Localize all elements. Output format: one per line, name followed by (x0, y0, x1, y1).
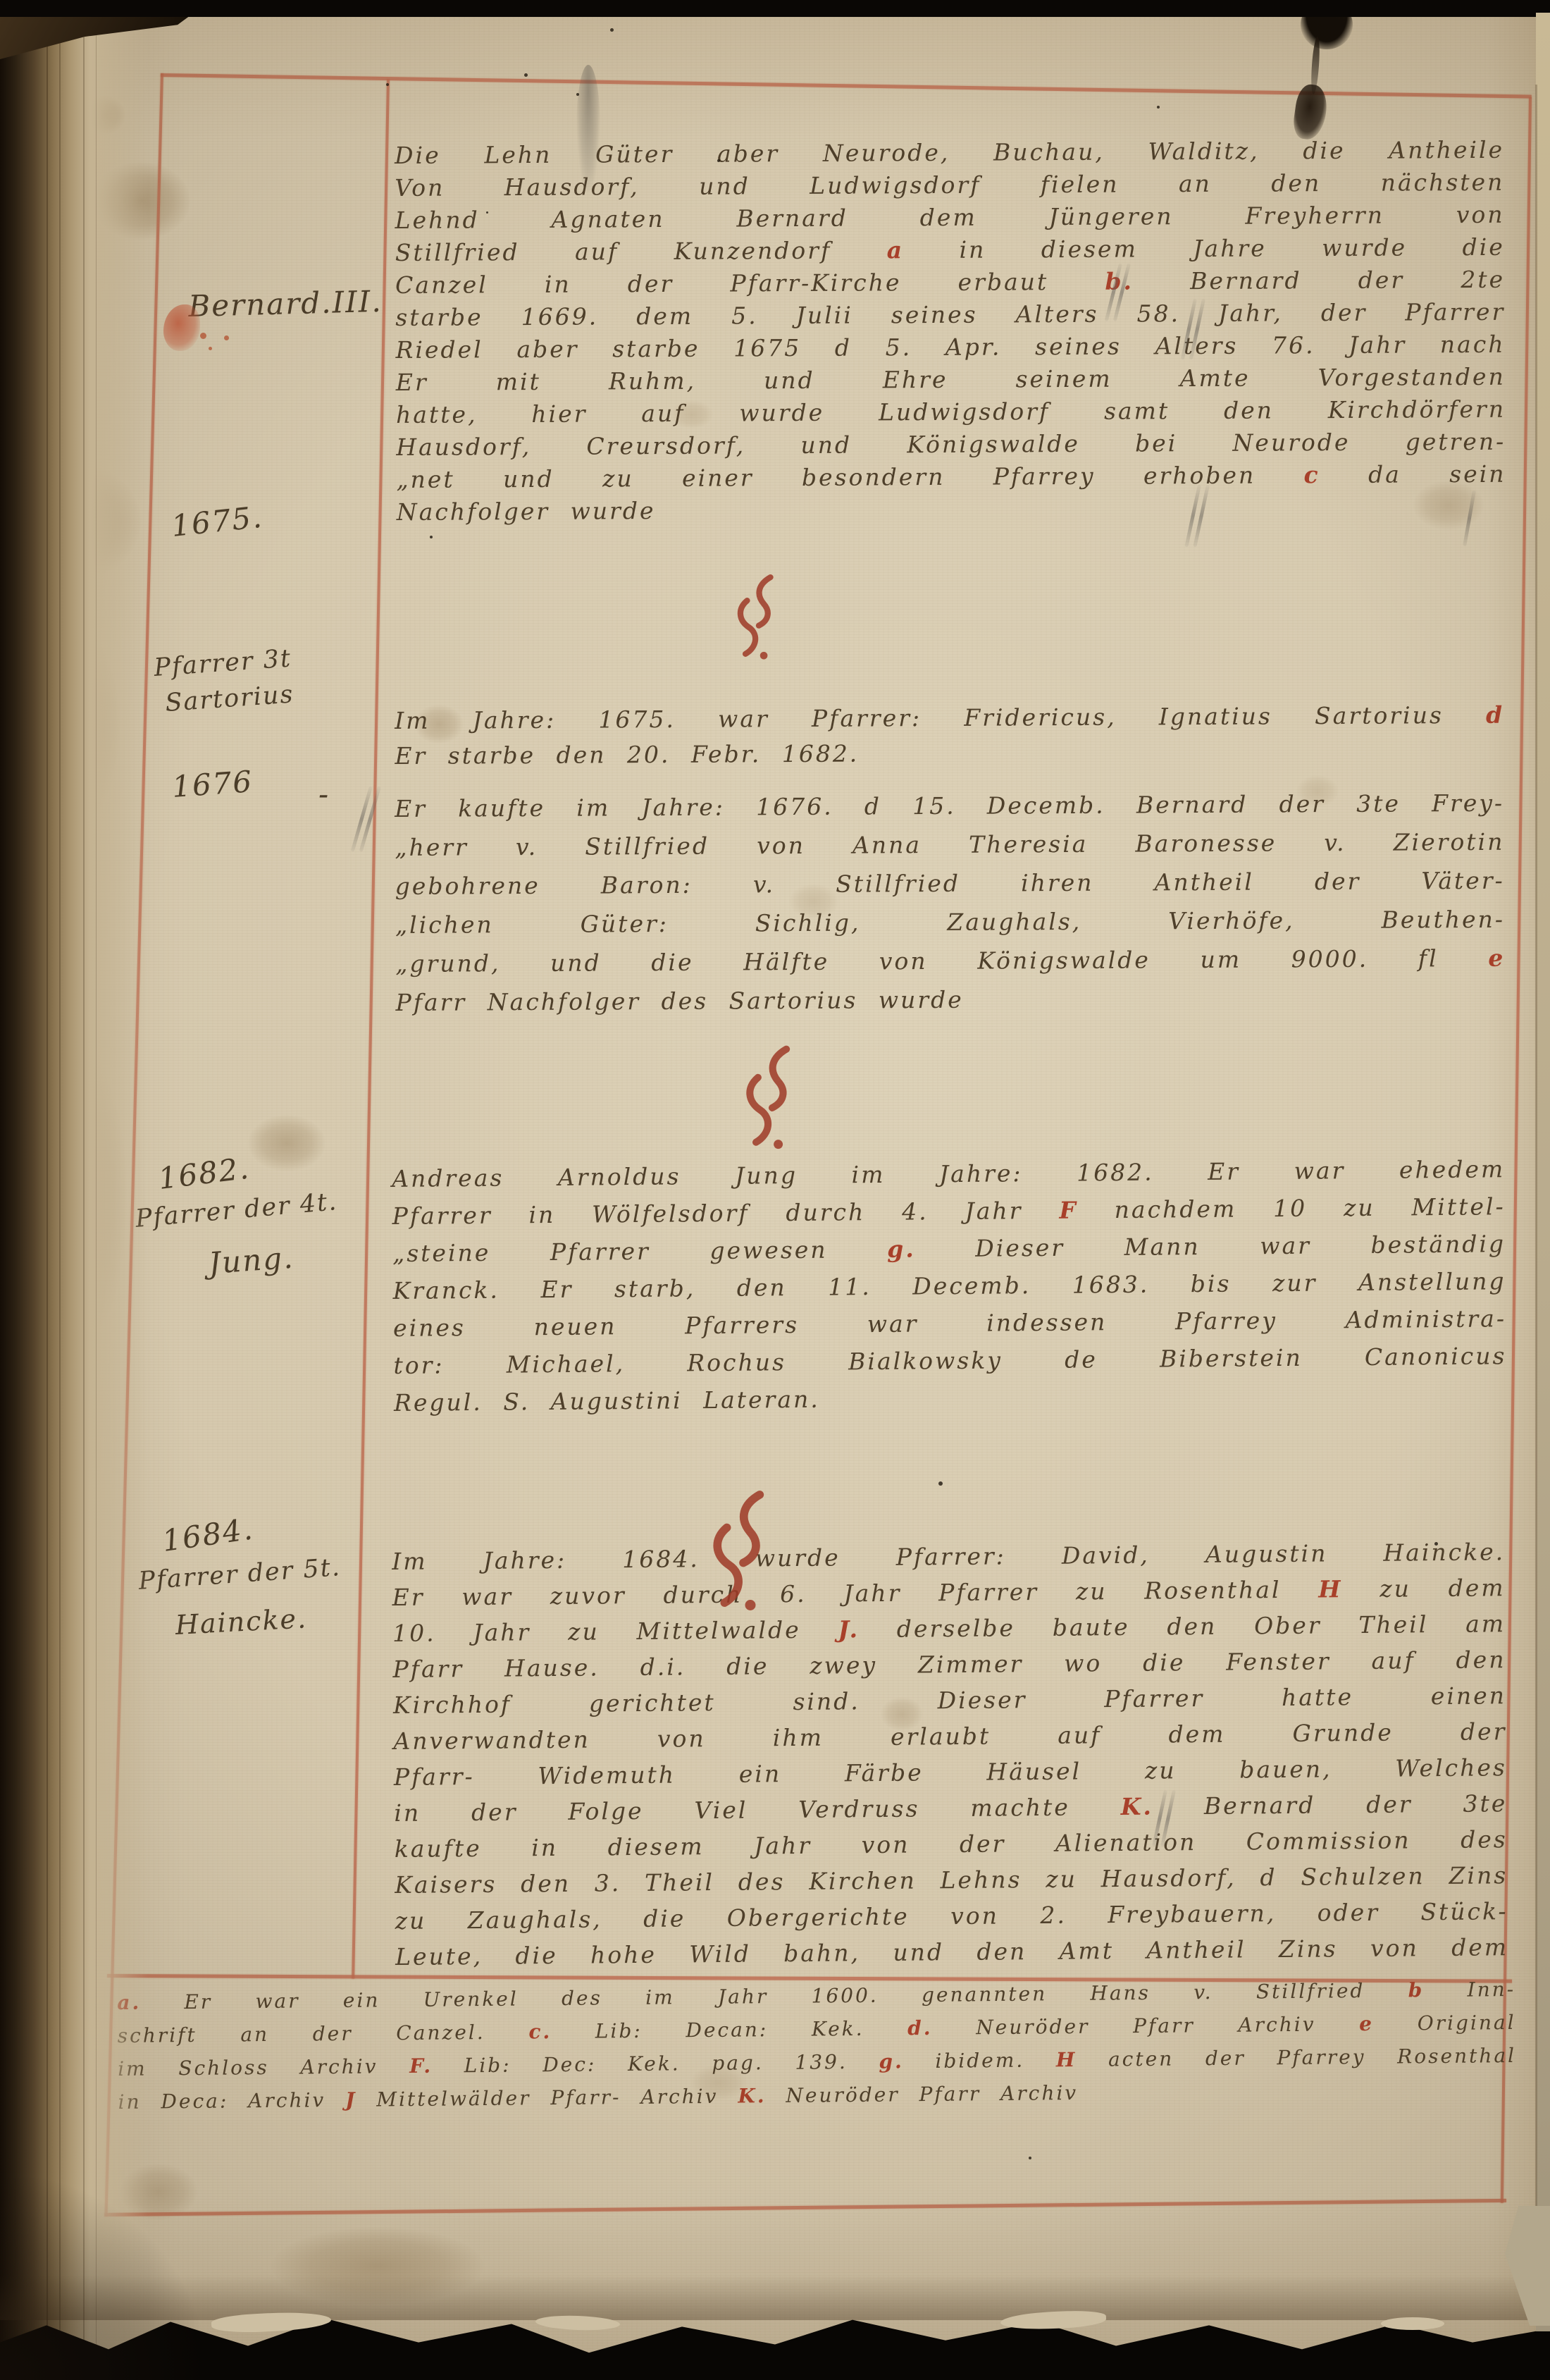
text-segment: eines neuen Pfarrers war indessen Pfarre… (393, 1305, 1506, 1342)
text-segment: nachdem 10 zu Mittel- (1078, 1192, 1506, 1223)
text-segment: Kirchhof gerichtet sind. Dieser Pfarrer … (393, 1682, 1506, 1719)
manuscript-line: Er mit Ruhm, und Ehre seinem Amte Vorges… (396, 361, 1506, 399)
red-ink-dot (224, 335, 229, 340)
paragraph-haincke-entry: Im Jahre: 1684. wurde Pfarrer: David, Au… (392, 1534, 1508, 1975)
paper-stain (14, 620, 120, 832)
text-segment: in der Folge Viel Verdruss machte (394, 1793, 1121, 1827)
rubric-reference-letter: J. (838, 1615, 860, 1643)
manuscript-line: „lichen Güter: Sichlig, Zaughals, Vierhö… (395, 900, 1505, 944)
manuscript-line: „herr v. Stillfried von Anna Theresia Ba… (395, 822, 1504, 867)
text-segment: Lib: Decan: Kek. (552, 2016, 907, 2043)
ink-speck (430, 536, 433, 538)
text-segment: Im Jahre: 1684. wurde Pfarrer: David, Au… (392, 1538, 1505, 1575)
text-segment: Im Jahre: 1675. war Pfarrer: Fridericus,… (395, 701, 1486, 734)
text-segment: Stillfried auf Kunzendorf (395, 236, 887, 266)
manuscript-line: Riedel aber starbe 1675 d 5. Apr. seines… (395, 328, 1505, 366)
manuscript-line: Im Jahre: 1675. war Pfarrer: Fridericus,… (395, 698, 1504, 739)
rubric-reference-letter: d. (907, 2016, 933, 2040)
text-segment: gebohrene Baron: v. Stillfried ihren Ant… (395, 867, 1505, 900)
text-segment: Lehnd Agnaten Bernard dem Jüngeren Freyh… (395, 201, 1504, 234)
manuscript-line: starbe 1669. dem 5. Julii seines Alters … (395, 296, 1505, 334)
text-segment: Er mit Ruhm, und Ehre seinem Amte Vorges… (396, 363, 1506, 396)
ink-speck (938, 1481, 943, 1486)
text-segment: da sein (1320, 460, 1506, 488)
torn-paper-chip (535, 2314, 621, 2331)
text-segment: Kaisers den 3. Theil des Kirchen Lehns z… (395, 1861, 1508, 1899)
right-edge-crease (1535, 85, 1537, 2305)
outer-left-rule-a (29, 0, 70, 2326)
text-segment: in diesem Jahre wurde die (904, 233, 1505, 264)
rubric-reference-letter: c (1304, 461, 1320, 488)
text-segment: Anverwandten von ihm erlaubt auf dem Gru… (393, 1718, 1506, 1755)
rubric-reference-letter: H (1056, 2048, 1077, 2071)
book-photo-background: Bernard.III.1675.Pfarrer 3tSartorius1676… (0, 0, 1550, 2380)
text-segment: Riedel aber starbe 1675 d 5. Apr. seines… (395, 331, 1505, 364)
text-segment: Dieser Mann war beständig (916, 1230, 1506, 1262)
rubric-reference-letter: c. (528, 2020, 552, 2043)
text-segment: Bernard der 3te (1153, 1789, 1508, 1820)
bottom-binding-band (0, 2312, 1550, 2380)
ink-drip-tail (1310, 37, 1321, 94)
text-segment: acten der Pfarrey Rosenthal (1077, 2044, 1516, 2071)
section-mark-icon (729, 572, 788, 664)
margin-label-year-1675: 1675. (170, 500, 265, 543)
rubric-reference-letter: K. (1121, 1793, 1154, 1820)
text-segment: Canzel in der Pfarr-Kirche erbaut (395, 268, 1105, 299)
margin-label-pfarrer-5: Pfarrer der 5t. (137, 1553, 342, 1596)
manuscript-line: Er kaufte im Jahre: 1676. d 15. Decemb. … (395, 784, 1504, 828)
text-segment: Pfarr- Widemuth ein Färbe Häusel zu baue… (394, 1753, 1507, 1791)
outer-left-rule-b (44, 0, 77, 2326)
text-segment: Er war zuvor durch 6. Jahr Pfarrer zu Ro… (392, 1576, 1318, 1611)
text-segment: „herr v. Stillfried von Anna Theresia Ba… (395, 828, 1504, 861)
text-segment: Neuröder Pfarr Archiv (766, 2081, 1078, 2107)
rubric-reference-letter: g. (879, 2049, 904, 2073)
manuscript-line: Nachfolger wurde (397, 491, 1506, 529)
frame-left-rule (104, 73, 163, 2216)
ink-speck (610, 28, 614, 32)
frame-bottom-rule (104, 2199, 1506, 2216)
paper-stain (92, 162, 190, 240)
text-segment: „lichen Güter: Sichlig, Zaughals, Vierhö… (395, 906, 1505, 939)
paragraph-jung-entry: Andreas Arnoldus Jung im Jahre: 1682. Er… (392, 1150, 1507, 1422)
text-segment: Pfarrer in Wölfelsdorf durch 4. Jahr (392, 1197, 1060, 1230)
manuscript-line: Pfarr Nachfolger des Sartorius wurde (395, 978, 1505, 1022)
text-segment: in Deca: Archiv (118, 2088, 345, 2114)
paper-stain (120, 2164, 197, 2220)
rubric-reference-letter: F (1059, 1197, 1078, 1224)
text-segment: „steine Pfarrer gewesen (392, 1235, 887, 1267)
margin-label-bernard-iii: Bernard.III. (188, 284, 383, 323)
rubric-reference-letter: H (1318, 1575, 1343, 1603)
rubric-reference-letter: J (345, 2088, 357, 2111)
margin-label-dash-1676: - (318, 777, 330, 811)
margin-label-year-1676: 1676 (171, 764, 254, 804)
ink-drip (1291, 82, 1329, 141)
manuscript-line: „net und zu einer besondern Pfarrey erho… (396, 458, 1506, 496)
manuscript-line: Er starbe den 20. Febr. 1682. (395, 733, 1504, 774)
text-segment: Die Lehn Güter aber Neurode, Buchau, Wal… (395, 136, 1504, 169)
text-segment: Original (1374, 2011, 1516, 2035)
section-mark-icon (738, 1043, 806, 1154)
text-segment: Bernard der 2te (1134, 266, 1505, 295)
manuscript-line: Hausdorf, Creursdorf, und Königswalde be… (396, 426, 1506, 464)
margin-separator-rule (352, 79, 390, 1979)
text-segment: Von Hausdorf, und Ludwigsdorf fielen an … (395, 168, 1504, 202)
paper-stain (21, 465, 141, 578)
manuscript-line: Von Hausdorf, und Ludwigsdorf fielen an … (395, 166, 1504, 204)
text-segment: Andreas Arnoldus Jung im Jahre: 1682. Er… (392, 1155, 1505, 1192)
text-segment: ibidem. (904, 2048, 1056, 2073)
text-segment: im Schloss Archiv (118, 2054, 409, 2080)
text-segment: Pfarr Hause. d.i. die zwey Zimmer wo die… (392, 1646, 1506, 1683)
text-segment: schrift an der Canzel. (118, 2020, 529, 2047)
paper-stain (83, 96, 125, 135)
paper-stain (248, 1115, 325, 1171)
page-edge-line (46, 0, 48, 2380)
text-segment: Inn- (1424, 1978, 1515, 2002)
ink-speck (386, 83, 389, 86)
manuscript-line: hatte, hier auf wurde Ludwigsdorf samt d… (396, 393, 1506, 431)
text-segment: zu Zaughals, die Obergerichte von 2. Fre… (395, 1897, 1508, 1935)
margin-label-haincke: Haincke. (175, 1603, 308, 1641)
page-edge-line (83, 0, 85, 2380)
text-segment: Kranck. Er starb, den 11. Decemb. 1683. … (392, 1267, 1506, 1305)
text-segment: Nachfolger wurde (397, 497, 656, 526)
section-mark-icon (729, 572, 788, 664)
paper-stain (42, 1057, 127, 1339)
text-segment: Mittelwälder Pfarr- Archiv (356, 2085, 738, 2111)
ink-speck (1029, 2157, 1031, 2159)
manuscript-line: gebohrene Baron: v. Stillfried ihren Ant… (395, 861, 1505, 906)
manuscript-line: „grund, und die Hälfte von Königswalde u… (395, 939, 1505, 983)
margin-label-year-1684: 1684. (160, 1511, 256, 1558)
ink-speck (524, 73, 528, 77)
section-mark-icon (738, 1043, 806, 1154)
rubric-reference-letter: e (1359, 2012, 1374, 2035)
manuscript-line: Die Lehn Güter aber Neurode, Buchau, Wal… (395, 134, 1504, 172)
text-segment: Regul. S. Augustini Lateran. (394, 1386, 820, 1417)
rubric-reference-letter: a. (117, 1991, 141, 2014)
margin-label-year-1682: 1682. (156, 1150, 252, 1196)
paper-stain (272, 2227, 483, 2305)
top-binding-band (0, 0, 1550, 17)
margin-label-jung: Jung. (208, 1240, 295, 1281)
rubric-reference-letter: b (1408, 1978, 1425, 2002)
paragraph-sartorius-entry: Im Jahre: 1675. war Pfarrer: Fridericus,… (395, 698, 1505, 774)
rubric-reference-letter: e (1488, 944, 1505, 972)
rubric-reference-letter: K. (738, 2084, 766, 2107)
text-segment: derselbe baute den Ober Theil am (860, 1610, 1506, 1643)
ink-speck (576, 93, 579, 96)
text-segment: kaufte in diesem Jahr von der Alienation… (395, 1825, 1508, 1863)
text-segment: Er starbe den 20. Febr. 1682. (395, 740, 859, 770)
section-mark-icon (708, 1476, 779, 1628)
manuscript-line: Canzel in der Pfarr-Kirche erbaut b. Ber… (395, 264, 1505, 302)
manuscript-line: Stillfried auf Kunzendorf a in diesem Ja… (395, 231, 1505, 269)
text-segment: tor: Michael, Rochus Bialkowsky de Biber… (393, 1342, 1506, 1379)
bottom-right-page-edges (1505, 2206, 1550, 2326)
margin-label-pfarrer-3: Pfarrer 3t (153, 644, 292, 682)
rubric-reference-letter: d (1486, 701, 1504, 729)
red-ink-dot (209, 347, 212, 350)
manuscript-line: Lehnd Agnaten Bernard dem Jüngeren Freyh… (395, 199, 1504, 237)
margin-label-sartorius: Sartorius (164, 680, 294, 717)
frame-top-rule (161, 73, 1532, 99)
text-segment: „net und zu einer besondern Pfarrey erho… (396, 461, 1303, 493)
paragraph-kauf-1676-entry: Er kaufte im Jahre: 1676. d 15. Decemb. … (395, 784, 1506, 1022)
text-segment: „grund, und die Hälfte von Königswalde u… (395, 944, 1488, 978)
paragraph-bernard-iii-entry: Die Lehn Güter aber Neurode, Buchau, Wal… (395, 134, 1506, 529)
ink-speck (1157, 106, 1160, 109)
text-segment: Leute, die hohe Wild bahn, und den Amt A… (395, 1933, 1508, 1971)
rubric-reference-letter: F. (409, 2054, 433, 2078)
rubric-reference-letter: a (887, 236, 905, 264)
rubric-reference-letter: g. (887, 1235, 916, 1263)
text-segment: zu dem (1342, 1574, 1506, 1603)
footnote-block: a. Er war ein Urenkel des im Jahr 1600. … (117, 1973, 1517, 2119)
text-segment: Er kaufte im Jahre: 1676. d 15. Decemb. … (395, 789, 1504, 822)
section-mark-icon (708, 1476, 779, 1628)
right-page-edges (1536, 13, 1550, 2331)
text-segment: Lib: Dec: Kek. pag. 139. (433, 2050, 879, 2078)
text-segment: Hausdorf, Creursdorf, und Königswalde be… (396, 428, 1506, 461)
text-segment: Neuröder Pfarr Archiv (932, 2012, 1359, 2040)
page-edge-line (96, 0, 97, 2380)
text-segment: Pfarr Nachfolger des Sartorius wurde (395, 986, 963, 1016)
manuscript-page: Bernard.III.1675.Pfarrer 3tSartorius1676… (0, 0, 1550, 2380)
bottom-edge-shadow (0, 2275, 1550, 2320)
text-segment: starbe 1669. dem 5. Julii seines Alters … (395, 298, 1505, 331)
red-ink-dot (200, 333, 206, 339)
text-segment: hatte, hier auf wurde Ludwigsdorf samt d… (396, 395, 1506, 428)
page-edge-line (59, 0, 61, 2380)
